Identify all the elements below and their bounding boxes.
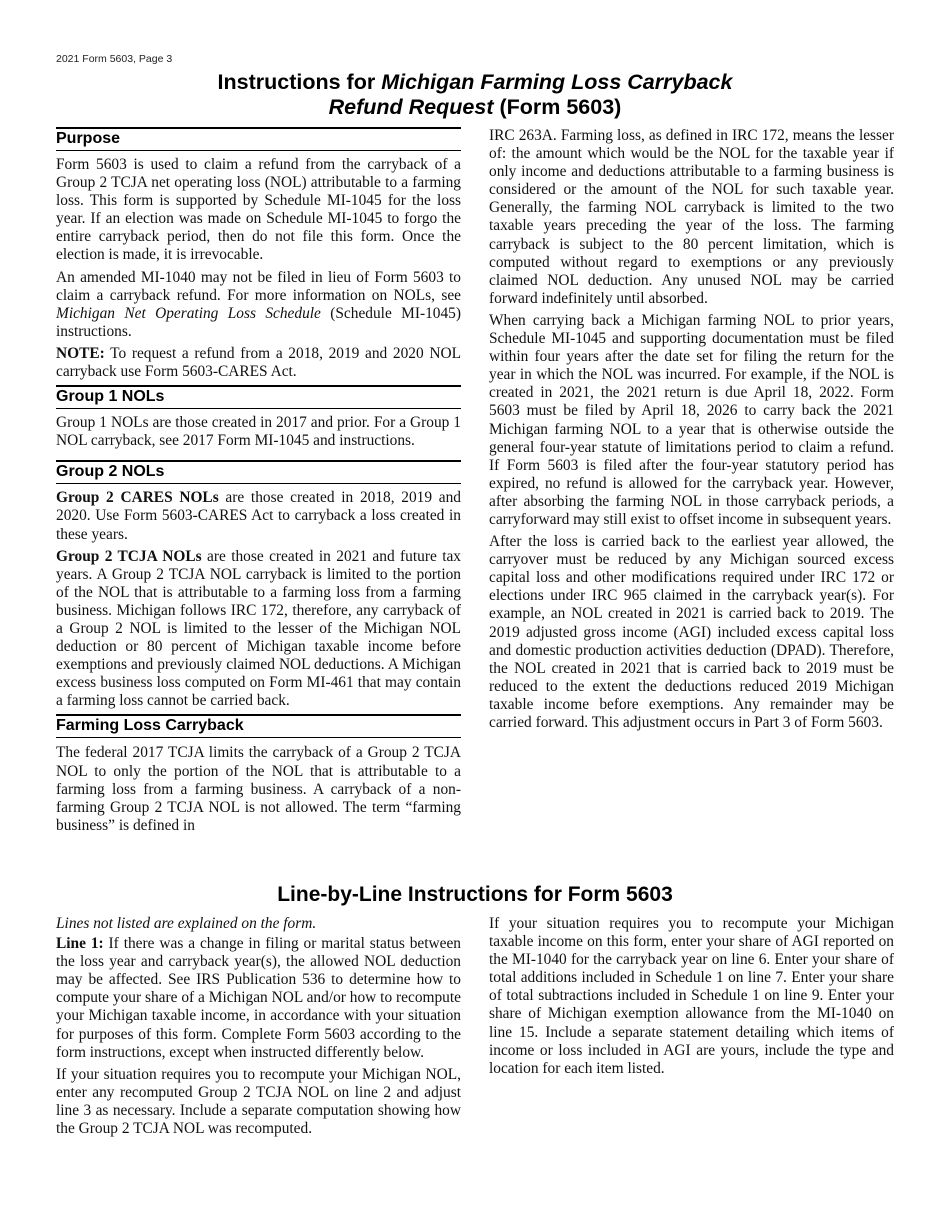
right-column-top: IRC 263A. Farming loss, as defined in IR… <box>489 127 894 736</box>
left-column-bottom: Lines not listed are explained on the fo… <box>56 915 461 1142</box>
right-column-bottom: If your situation requires you to recomp… <box>489 915 894 1082</box>
left-column-top: Purpose Form 5603 is used to claim a ref… <box>56 127 461 839</box>
title-line-2: Refund Request (Form 5603) <box>0 95 950 120</box>
recompute-income-paragraph: If your situation requires you to recomp… <box>489 915 894 1078</box>
section-heading-group2: Group 2 NOLs <box>56 460 461 484</box>
section-heading-farming: Farming Loss Carryback <box>56 714 461 738</box>
line-by-line-heading: Line-by-Line Instructions for Form 5603 <box>0 882 950 908</box>
purpose-note: NOTE: To request a refund from a 2018, 2… <box>56 345 461 381</box>
farming-paragraph-1-right: IRC 263A. Farming loss, as defined in IR… <box>489 127 894 308</box>
title-line-1: Instructions for Michigan Farming Loss C… <box>0 70 950 95</box>
farming-paragraph-2: When carrying back a Michigan farming NO… <box>489 312 894 529</box>
line1-paragraph: Line 1: If there was a change in filing … <box>56 935 461 1062</box>
farming-paragraph-3: After the loss is carried back to the ea… <box>489 533 894 732</box>
farming-paragraph-1-left: The federal 2017 TCJA limits the carryba… <box>56 744 461 834</box>
page-title: Instructions for Michigan Farming Loss C… <box>0 70 950 120</box>
purpose-paragraph-2: An amended MI-1040 may not be filed in l… <box>56 269 461 341</box>
section-heading-purpose: Purpose <box>56 127 461 151</box>
section-heading-group1: Group 1 NOLs <box>56 385 461 409</box>
lines-note: Lines not listed are explained on the fo… <box>56 915 461 933</box>
page-label: 2021 Form 5603, Page 3 <box>56 53 172 65</box>
group2-tcja-paragraph: Group 2 TCJA NOLs are those created in 2… <box>56 548 461 711</box>
group2-cares-paragraph: Group 2 CARES NOLs are those created in … <box>56 489 461 543</box>
group1-paragraph: Group 1 NOLs are those created in 2017 a… <box>56 414 461 450</box>
recompute-nol-paragraph: If your situation requires you to recomp… <box>56 1066 461 1138</box>
purpose-paragraph-1: Form 5603 is used to claim a refund from… <box>56 156 461 265</box>
